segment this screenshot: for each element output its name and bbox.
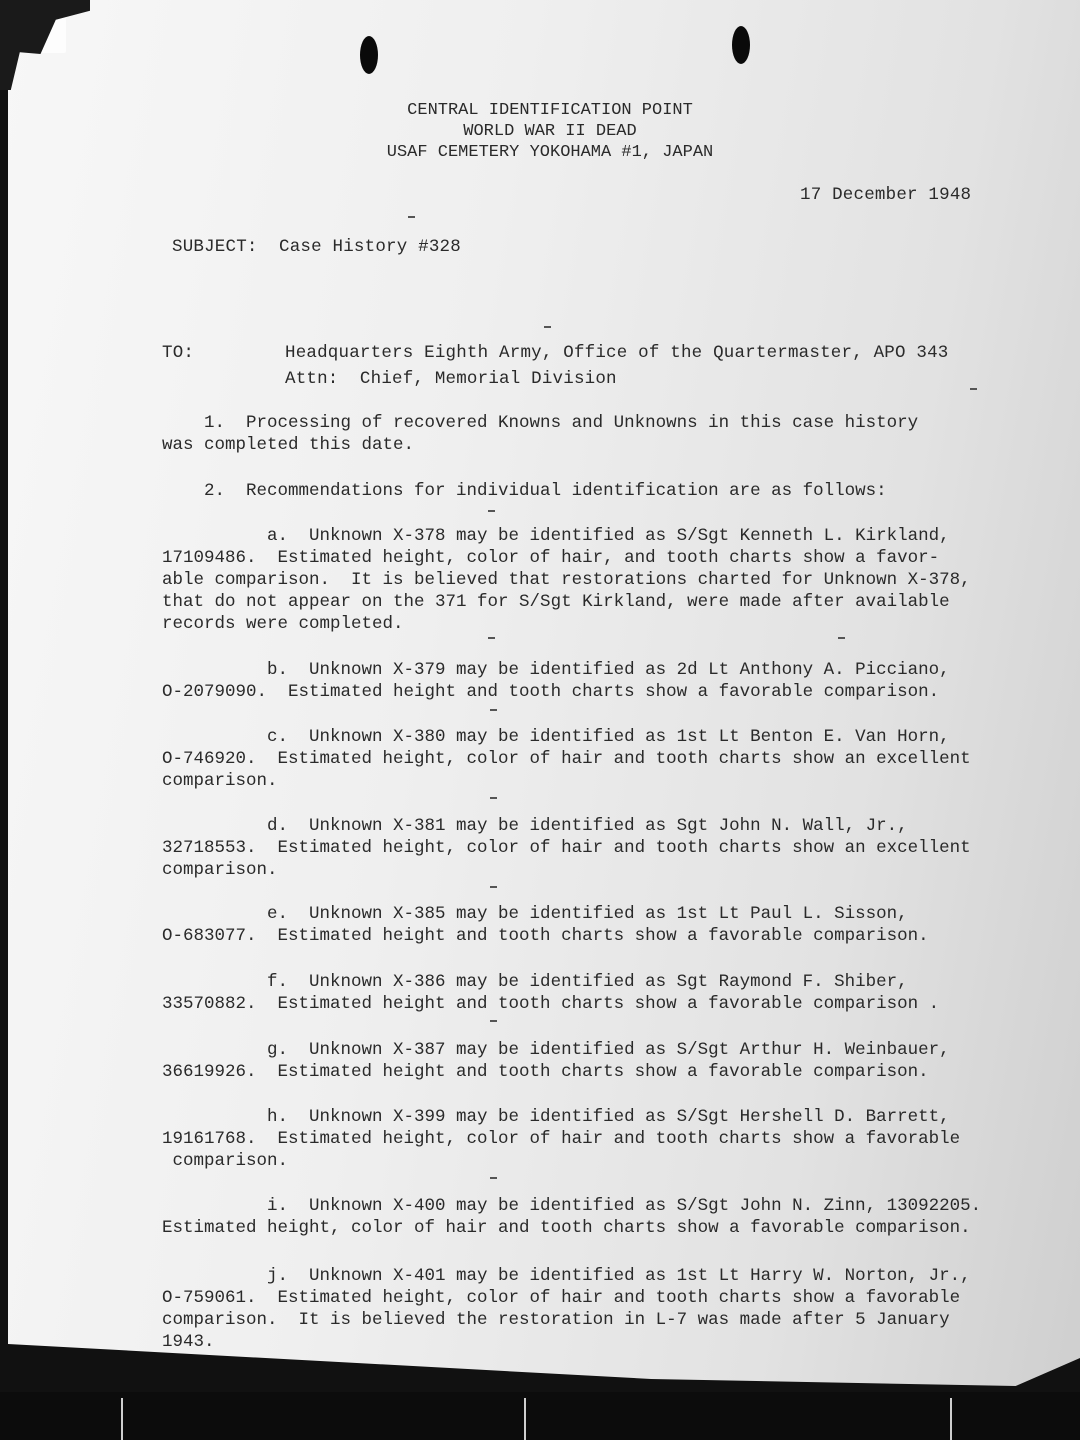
- item-g-line: g. Unknown X-387 may be identified as S/…: [162, 1039, 1032, 1061]
- tick-mark: [490, 1177, 497, 1179]
- item-a-line: able comparison. It is believed that res…: [162, 569, 1032, 591]
- paragraph-1-line-2: was completed this date.: [162, 434, 1032, 456]
- item-i: i. Unknown X-400 may be identified as S/…: [162, 1195, 1032, 1239]
- item-h-line: comparison.: [162, 1150, 1032, 1172]
- item-c-line: comparison.: [162, 770, 1032, 792]
- recipient-line-1: Headquarters Eighth Army, Office of the …: [285, 342, 949, 364]
- item-g: g. Unknown X-387 may be identified as S/…: [162, 1039, 1032, 1083]
- item-d: d. Unknown X-381 may be identified as Sg…: [162, 815, 1032, 881]
- paragraph-1: 1. Processing of recovered Knowns and Un…: [162, 412, 1032, 456]
- paragraph-1-line-1: 1. Processing of recovered Knowns and Un…: [162, 412, 1032, 434]
- item-e: e. Unknown X-385 may be identified as 1s…: [162, 903, 1032, 947]
- scan-bottom-edge: [0, 1392, 1080, 1440]
- item-b-line: b. Unknown X-379 may be identified as 2d…: [162, 659, 1032, 681]
- item-j-line: O-759061. Estimated height, color of hai…: [162, 1287, 1032, 1309]
- letterhead: CENTRAL IDENTIFICATION POINT WORLD WAR I…: [300, 100, 800, 163]
- edge-line: [121, 1398, 123, 1440]
- item-j-line: comparison. It is believed the restorati…: [162, 1309, 1032, 1331]
- item-a-line: records were completed.: [162, 613, 1032, 635]
- item-f-line: f. Unknown X-386 may be identified as Sg…: [162, 971, 1032, 993]
- letterhead-line-1: CENTRAL IDENTIFICATION POINT: [300, 100, 800, 121]
- item-j-line: j. Unknown X-401 may be identified as 1s…: [162, 1265, 1032, 1287]
- tick-mark: [970, 388, 977, 390]
- item-h: h. Unknown X-399 may be identified as S/…: [162, 1106, 1032, 1172]
- item-d-line: d. Unknown X-381 may be identified as Sg…: [162, 815, 1032, 837]
- item-c-line: O-746920. Estimated height, color of hai…: [162, 748, 1032, 770]
- tick-mark: [490, 709, 497, 711]
- edge-line: [524, 1398, 526, 1440]
- tick-mark: [544, 326, 551, 328]
- item-d-line: 32718553. Estimated height, color of hai…: [162, 837, 1032, 859]
- item-a-line: 17109486. Estimated height, color of hai…: [162, 547, 1032, 569]
- item-g-line: 36619926. Estimated height and tooth cha…: [162, 1061, 1032, 1083]
- item-c-line: c. Unknown X-380 may be identified as 1s…: [162, 726, 1032, 748]
- item-j: j. Unknown X-401 may be identified as 1s…: [162, 1265, 1032, 1353]
- document-date: 17 December 1948: [800, 184, 971, 206]
- item-i-line: Estimated height, color of hair and toot…: [162, 1217, 1032, 1239]
- recipient-line-2: Attn: Chief, Memorial Division: [285, 368, 617, 390]
- letterhead-line-2: WORLD WAR II DEAD: [300, 121, 800, 142]
- item-f: f. Unknown X-386 may be identified as Sg…: [162, 971, 1032, 1015]
- item-d-line: comparison.: [162, 859, 1032, 881]
- item-i-line: i. Unknown X-400 may be identified as S/…: [162, 1195, 1032, 1217]
- to-label: TO:: [162, 342, 194, 364]
- item-b-line: O-2079090. Estimated height and tooth ch…: [162, 681, 1032, 703]
- tick-mark: [490, 797, 497, 799]
- paragraph-2-text: 2. Recommendations for individual identi…: [162, 480, 1032, 502]
- tick-mark: [488, 510, 495, 512]
- punch-hole-right: [732, 26, 750, 64]
- item-c: c. Unknown X-380 may be identified as 1s…: [162, 726, 1032, 792]
- item-e-line: O-683077. Estimated height and tooth cha…: [162, 925, 1032, 947]
- letterhead-line-3: USAF CEMETERY YOKOHAMA #1, JAPAN: [300, 142, 800, 163]
- paragraph-2: 2. Recommendations for individual identi…: [162, 480, 1032, 502]
- item-f-line: 33570882. Estimated height and tooth cha…: [162, 993, 1032, 1015]
- item-a-line: a. Unknown X-378 may be identified as S/…: [162, 525, 1032, 547]
- edge-line: [950, 1398, 952, 1440]
- tick-mark: [838, 637, 845, 639]
- subject-line: SUBJECT: Case History #328: [172, 236, 461, 258]
- item-h-line: h. Unknown X-399 may be identified as S/…: [162, 1106, 1032, 1128]
- item-j-line: 1943.: [162, 1331, 1032, 1353]
- punch-hole-left: [360, 36, 378, 74]
- item-a-line: that do not appear on the 371 for S/Sgt …: [162, 591, 1032, 613]
- item-b: b. Unknown X-379 may be identified as 2d…: [162, 659, 1032, 703]
- tick-mark: [488, 637, 495, 639]
- item-a: a. Unknown X-378 may be identified as S/…: [162, 525, 1032, 635]
- item-e-line: e. Unknown X-385 may be identified as 1s…: [162, 903, 1032, 925]
- item-h-line: 19161768. Estimated height, color of hai…: [162, 1128, 1032, 1150]
- tick-mark: [490, 886, 497, 888]
- tick-mark: [490, 1020, 497, 1022]
- tick-mark: [408, 216, 415, 218]
